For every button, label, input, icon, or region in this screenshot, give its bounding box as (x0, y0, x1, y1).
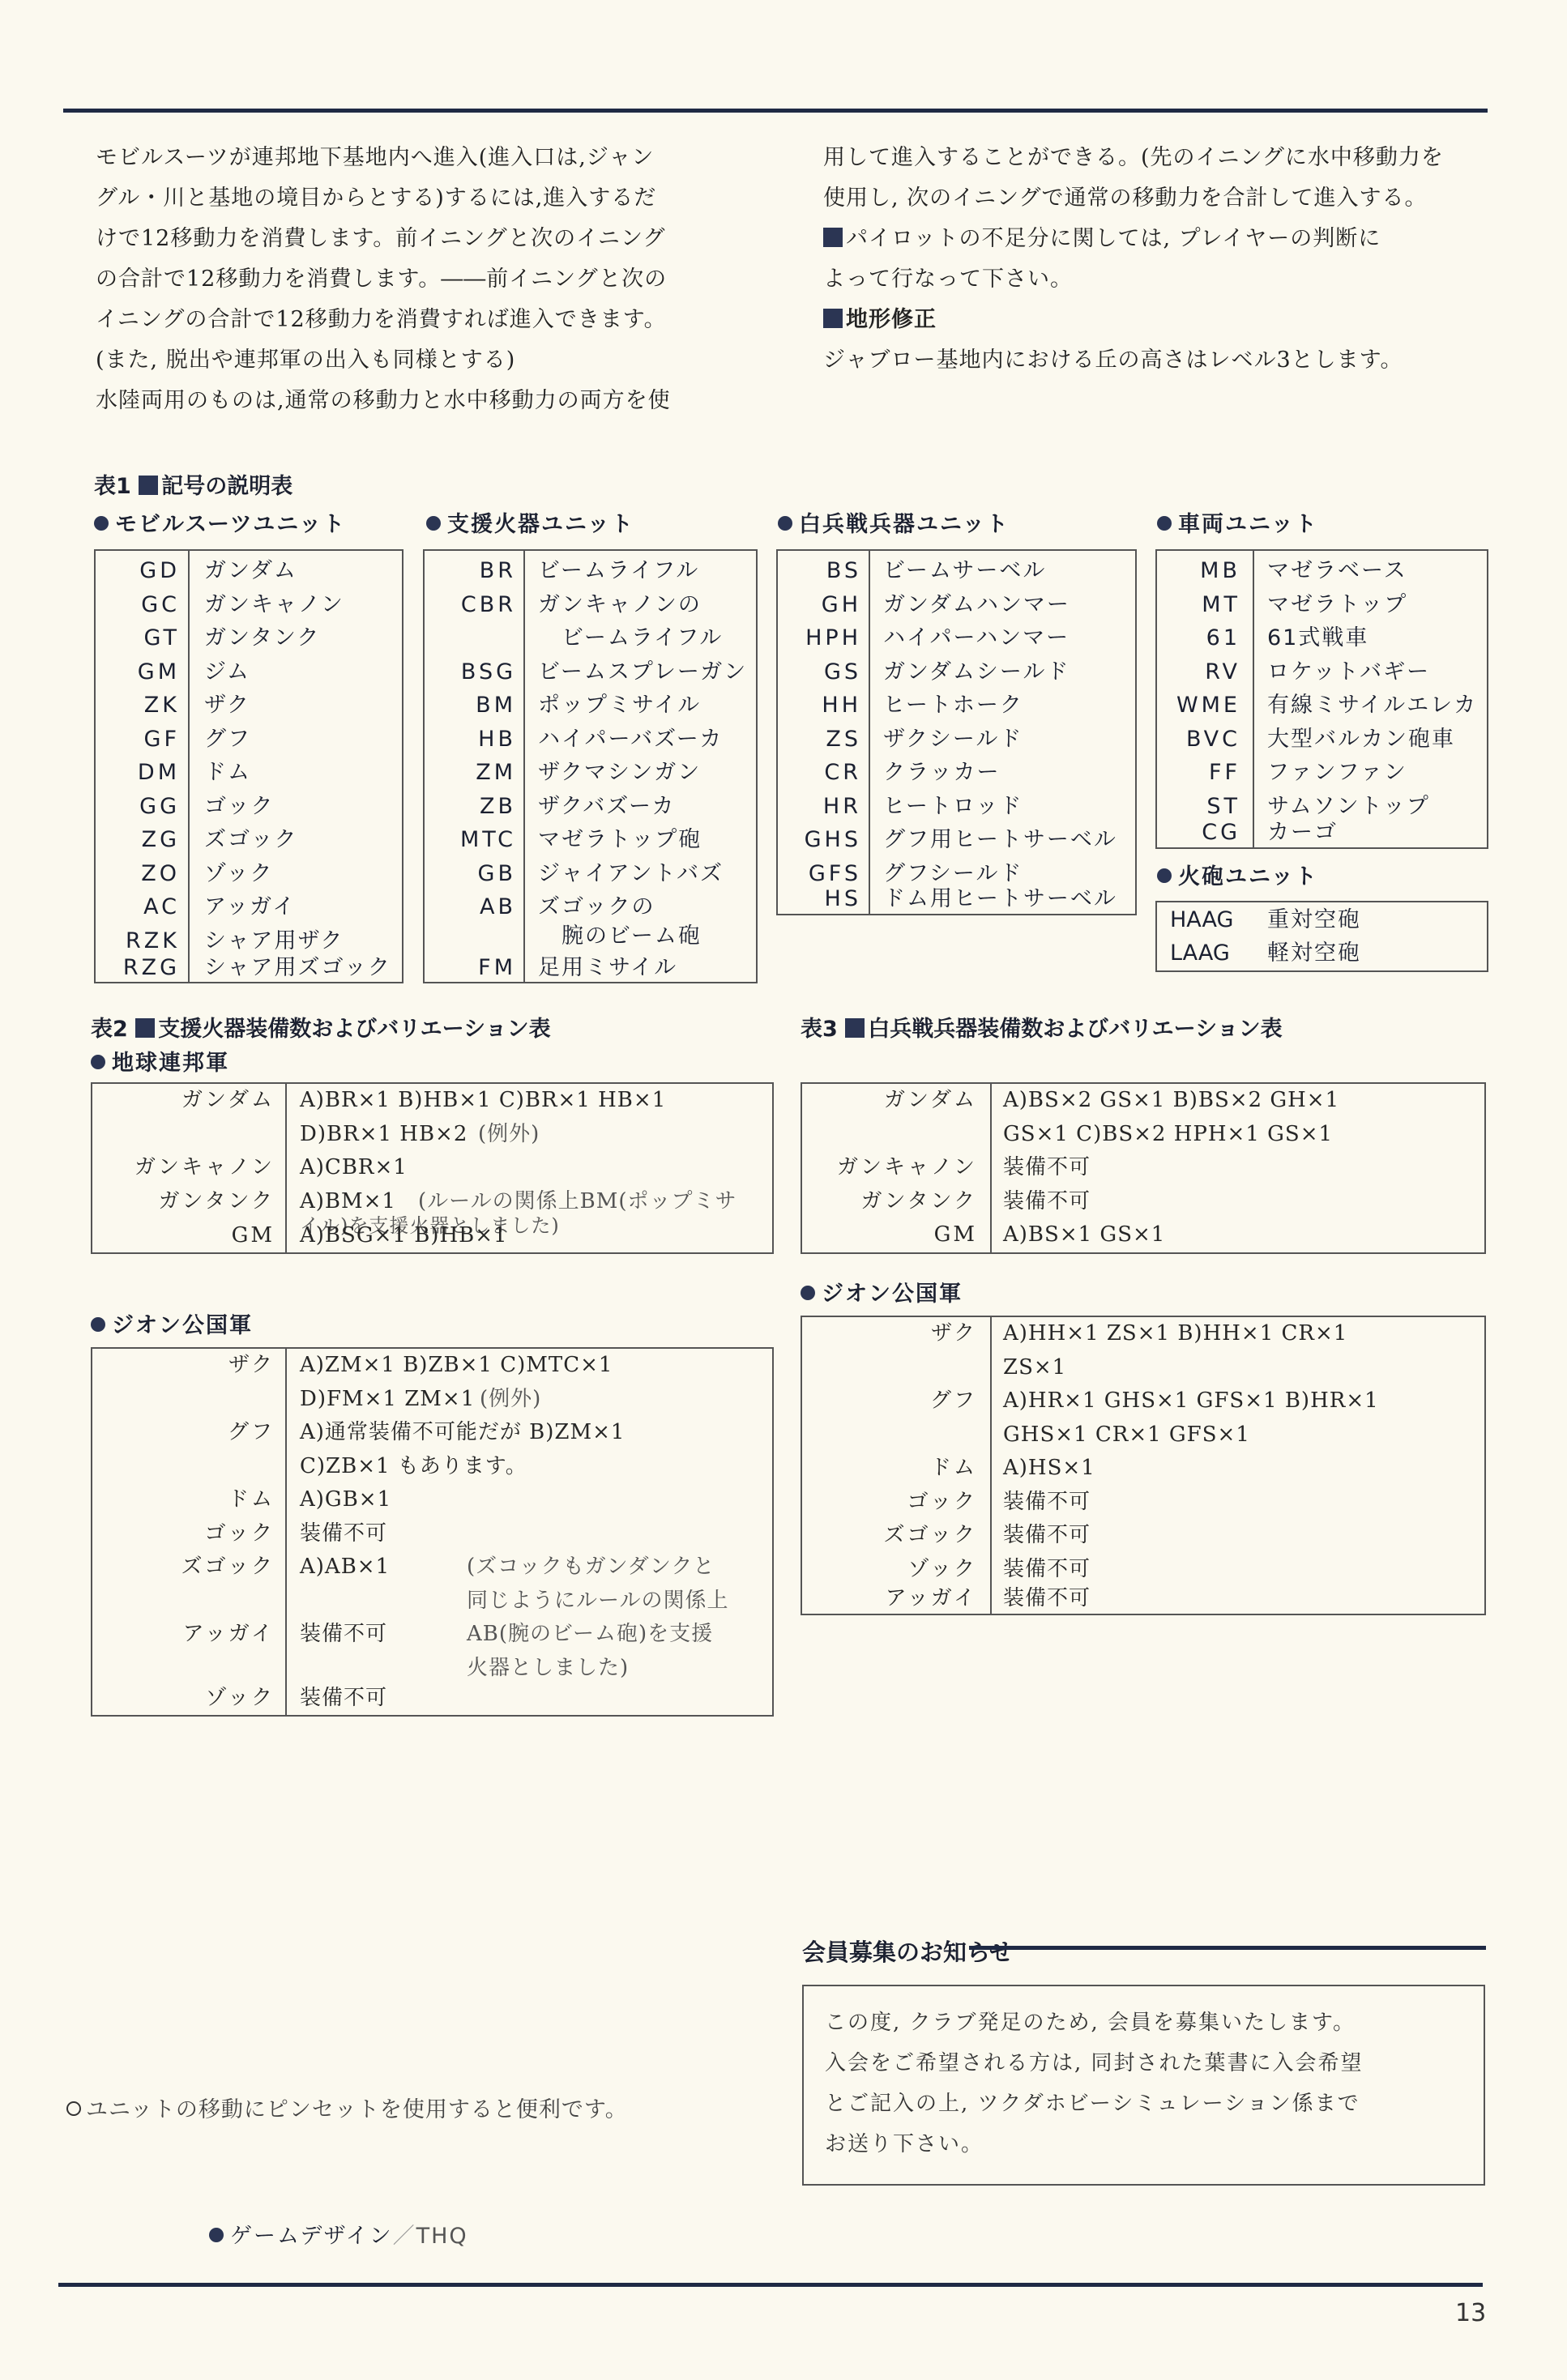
table-row: GDガンダム (96, 554, 402, 588)
bullet-dot-icon (94, 516, 109, 531)
bullet-dot-icon (1157, 868, 1172, 883)
table-row: HSドム用ヒートサーベル (778, 882, 1135, 916)
table-row: GHSグフ用ヒートサーベル (778, 823, 1135, 857)
table3-title: 表3 白兵戦兵器装備数およびバリエーション表 (801, 1011, 1283, 1043)
table-row: ZBザクバズーカ (425, 790, 756, 824)
intro-line: イニングの合計で12移動力を消費すれば進入できます。 (96, 300, 671, 340)
table3-zeon: ザクA)HH×1 ZS×1 B)HH×1 CR×1 ZS×1 グフA)HR×1 … (801, 1316, 1486, 1615)
table-row: BMポップミサイル (425, 689, 756, 723)
table-row: ZGズゴック (96, 823, 402, 857)
table-row: HAAG重対空砲 (1157, 903, 1487, 937)
table-row: ZSザクシールド (778, 723, 1135, 757)
square-bullet-icon (139, 476, 158, 495)
table-row: D)BR×1 HB×2(例外) (92, 1118, 772, 1152)
melee-table: BSビームサーベル GHガンダムハンマー HPHハイパーハンマー GSガンダムシ… (776, 549, 1137, 915)
table-row: グフA)通常装備不可能だが B)ZM×1 (92, 1416, 772, 1450)
bullet-dot-icon (801, 1286, 815, 1300)
table-row: ZOゾック (96, 857, 402, 891)
table-row: FFファンファン (1157, 756, 1487, 790)
intro-line: けで12移動力を消費します。前イニングと次のイニング (96, 219, 671, 259)
table-row: 同じようにルールの関係上 (92, 1585, 772, 1619)
intro-line: よって行なって下さい。 (823, 259, 1444, 300)
table-row: 腕のビーム砲 (425, 919, 756, 953)
table-row: RVロケットバギー (1157, 655, 1487, 689)
notice-title: 会員募集のお知らせ (802, 1934, 1013, 1968)
table-row: ドムA)GB×1 (92, 1483, 772, 1517)
table-row: GSガンダムシールド (778, 655, 1135, 689)
table-row: HBハイパーバズーカ (425, 723, 756, 757)
table-row: アッガイ装備不可AB(腕のビーム砲)を支援 (92, 1618, 772, 1652)
table-row: ガンキャノンA)CBR×1 (92, 1151, 772, 1185)
top-rule (63, 109, 1488, 113)
notice-line: この度, クラブ発足のため, 会員を募集いたします。 (825, 2003, 1364, 2043)
terrain-heading: 地形修正 (823, 300, 1444, 340)
bullet-dot-icon (1157, 516, 1172, 531)
table-row: RZGシャア用ズゴック (96, 951, 402, 985)
table-row: ACアッガイ (96, 890, 402, 924)
table-row: ガンキャノン装備不可 (802, 1151, 1484, 1185)
table-row: グフA)HR×1 GHS×1 GFS×1 B)HR×1 (802, 1384, 1484, 1418)
table-row: ZKザク (96, 689, 402, 723)
table1-title: 表1 記号の説明表 (94, 468, 292, 500)
intro-line: 水陸両用のものは,通常の移動力と水中移動力の両方を使 (96, 381, 671, 421)
table-row: CBRガンキャノンの (425, 588, 756, 622)
table-row: HHヒートホーク (778, 689, 1135, 723)
pilot-note: パイロットの不足分に関しては, プレイヤーの判断に (823, 219, 1444, 259)
intro-line: (また, 脱出や連邦軍の出入も同様とする) (96, 340, 671, 381)
table-row: ガンダムA)BR×1 B)HB×1 C)BR×1 HB×1 (92, 1084, 772, 1118)
table-row: ズゴック装備不可 (802, 1519, 1484, 1553)
table-row: BVC大型バルカン砲車 (1157, 723, 1487, 757)
table-row: ゾック装備不可 (92, 1682, 772, 1716)
table-row: WME有線ミサイルエレカ (1157, 689, 1487, 723)
melee-heading: 白兵戦兵器ユニット (778, 506, 1010, 538)
table-row: GHS×1 CR×1 GFS×1 (802, 1418, 1484, 1452)
notice-line: とご記入の上, ツクダホビーシミュレーション係まで (825, 2084, 1364, 2124)
table-row: 6161式戦車 (1157, 621, 1487, 655)
mobile-suit-table: GDガンダム GCガンキャノン GTガンタンク GMジム ZKザク GFグフ D… (94, 549, 403, 983)
table-row: BSGビームスプレーガン (425, 655, 756, 689)
table-row: CRクラッカー (778, 756, 1135, 790)
notice-body: この度, クラブ発足のため, 会員を募集いたします。 入会をご希望される方は, … (825, 2003, 1364, 2165)
circle-bullet-icon (66, 2101, 81, 2116)
table-row: GMA)BSG×1 B)HB×1 (92, 1219, 772, 1253)
table-row: LAAG軽対空砲 (1157, 936, 1487, 970)
table-row: ビームライフル (425, 621, 756, 655)
table-row: GHガンダムハンマー (778, 588, 1135, 622)
table2-title: 表2 支援火器装備数およびバリエーション表 (91, 1011, 551, 1043)
table-row: GMA)BS×1 GS×1 (802, 1218, 1484, 1252)
support-heading: 支援火器ユニット (426, 506, 634, 538)
table-row: ガンダムA)BS×2 GS×1 B)BS×2 GH×1 (802, 1084, 1484, 1118)
intro-line: 用して進入することができる。(先のイニングに水中移動力を (823, 138, 1444, 178)
bullet-dot-icon (426, 516, 441, 531)
table-row: HRヒートロッド (778, 790, 1135, 824)
intro-line: の合計で12移動力を消費します。――前イニングと次の (96, 259, 671, 300)
table-row: GS×1 C)BS×2 HPH×1 GS×1 (802, 1118, 1484, 1152)
table-row: GGゴック (96, 790, 402, 824)
square-bullet-icon (823, 228, 843, 247)
square-bullet-icon (823, 309, 843, 328)
table-row: 火器としました) (92, 1652, 772, 1686)
table-row: MTCマゼラトップ砲 (425, 823, 756, 857)
table-row: アッガイ装備不可 (802, 1582, 1484, 1616)
vehicle-heading: 車両ユニット (1157, 506, 1318, 538)
table-row: ザクA)ZM×1 B)ZB×1 C)MTC×1 (92, 1349, 772, 1383)
terrain-text: ジャブロー基地内における丘の高さはレベル3とします。 (823, 340, 1444, 381)
intro-line: 使用し, 次のイニングで通常の移動力を合計して進入する。 (823, 178, 1444, 219)
table-row: ZS×1 (802, 1351, 1484, 1385)
table-row: ゴック装備不可 (92, 1517, 772, 1551)
page-number: 13 (1455, 2299, 1486, 2327)
square-bullet-icon (845, 1018, 865, 1038)
notice-title-rule (969, 1946, 1486, 1950)
intro-line: モビルスーツが連邦地下基地内へ進入(進入口は,ジャン (96, 138, 671, 178)
support-table: BRビームライフル CBRガンキャノンの ビームライフル BSGビームスプレーガ… (423, 549, 758, 983)
federation-heading: 地球連邦軍 (91, 1045, 229, 1077)
bullet-dot-icon (91, 1317, 105, 1332)
table-row: GTガンタンク (96, 621, 402, 655)
bullet-dot-icon (91, 1055, 105, 1069)
mobile-suit-heading: モビルスーツユニット (94, 506, 346, 538)
table-row: ゴック装備不可 (802, 1486, 1484, 1520)
table3-federation: ガンダムA)BS×2 GS×1 B)BS×2 GH×1 GS×1 C)BS×2 … (801, 1082, 1486, 1254)
notice-line: 入会をご希望される方は, 同封された葉書に入会希望 (825, 2043, 1364, 2084)
table-row: ズゴックA)AB×1(ズコックもガンダンクと (92, 1550, 772, 1585)
table-row: GBジャイアントバズ (425, 857, 756, 891)
artillery-heading: 火砲ユニット (1157, 859, 1318, 890)
zeon-heading: ジオン公国軍 (91, 1307, 253, 1339)
table-row: GMジム (96, 655, 402, 689)
table-row: FM足用ミサイル (425, 951, 756, 985)
artillery-table: HAAG重対空砲 LAAG軽対空砲 (1155, 901, 1488, 972)
credit: ゲームデザイン／THQ (209, 2218, 468, 2250)
table-row: C)ZB×1 もあります。 (92, 1450, 772, 1484)
intro-left: モビルスーツが連邦地下基地内へ進入(進入口は,ジャン グル・川と基地の境目からと… (96, 138, 671, 421)
table-row: MTマゼラトップ (1157, 588, 1487, 622)
tip: ユニットの移動にピンセットを使用すると便利です。 (66, 2090, 628, 2130)
table-row: ゾック装備不可 (802, 1553, 1484, 1587)
intro-line: グル・川と基地の境目からとする)するには,進入するだ (96, 178, 671, 219)
table-row: BRビームライフル (425, 554, 756, 588)
table-row: CGカーゴ (1157, 816, 1487, 850)
table-row: ドムA)HS×1 (802, 1452, 1484, 1486)
square-bullet-icon (135, 1018, 155, 1038)
intro-right: 用して進入することができる。(先のイニングに水中移動力を 使用し, 次のイニング… (823, 138, 1444, 381)
bullet-dot-icon (209, 2228, 224, 2242)
vehicle-table: MBマゼラベース MTマゼラトップ 6161式戦車 RVロケットバギー WME有… (1155, 549, 1488, 849)
table-row: GCガンキャノン (96, 588, 402, 622)
table-row: BSビームサーベル (778, 554, 1135, 588)
bullet-dot-icon (778, 516, 792, 531)
table-row: DMドム (96, 756, 402, 790)
table-row: ガンタンク装備不可 (802, 1185, 1484, 1219)
notice-box: この度, クラブ発足のため, 会員を募集いたします。 入会をご希望される方は, … (802, 1985, 1485, 2186)
table-row: ZMザクマシンガン (425, 756, 756, 790)
table-row: GFグフ (96, 723, 402, 757)
notice-line: お送り下さい。 (825, 2124, 1364, 2165)
table-row: MBマゼラベース (1157, 554, 1487, 588)
table-row: HPHハイパーハンマー (778, 621, 1135, 655)
table2-federation: ガンダムA)BR×1 B)HB×1 C)BR×1 HB×1 D)BR×1 HB×… (91, 1082, 774, 1254)
zeon-heading: ジオン公国軍 (801, 1276, 963, 1307)
table2-zeon: ザクA)ZM×1 B)ZB×1 C)MTC×1 D)FM×1 ZM×1(例外) … (91, 1347, 774, 1717)
table-row: ザクA)HH×1 ZS×1 B)HH×1 CR×1 (802, 1317, 1484, 1351)
table-row: D)FM×1 ZM×1(例外) (92, 1383, 772, 1417)
bottom-rule (58, 2283, 1483, 2287)
